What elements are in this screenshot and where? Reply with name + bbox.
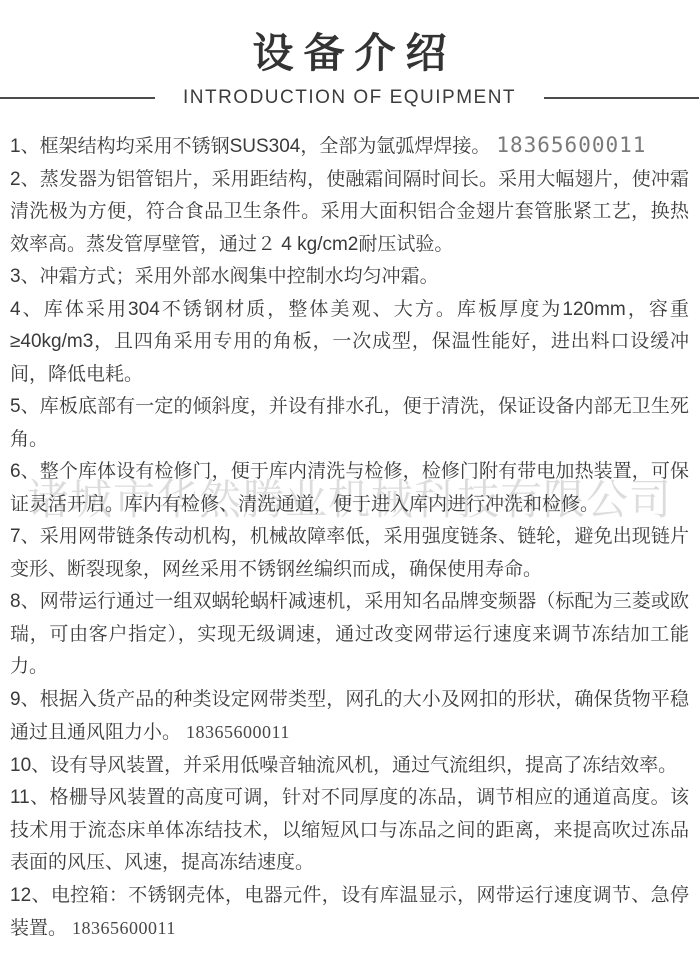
right-rule-line [544,97,699,99]
item-text: 5、库板底部有一定的倾斜度，并设有排水孔，便于清洗，保证设备内部无卫生死角。 [10,396,689,450]
equipment-item-11: 11、格栅导风装置的高度可调，针对不同厚度的冻品，调节相应的通道高度。该技术用于… [10,782,689,880]
phone-number: 18365600011 [72,918,176,938]
item-text: 10、设有导风装置，并采用低噪音轴流风机，通过气流组织，提高了冻结效率。 [10,755,677,776]
equipment-item-3: 3、冲霜方式；采用外部水阀集中控制水均匀冲霜。 [10,261,689,294]
page-title: 设备介绍 [0,26,699,81]
equipment-item-8: 8、网带运行通过一组双蜗轮蜗杆减速机，采用知名品牌变频器（标配为三菱或欧瑞，可由… [10,586,689,684]
page-header: 设备介绍 INTRODUCTION OF EQUIPMENT [0,26,699,109]
item-text: 4、库体采用304不锈钢材质，整体美观、大方。库板厚度为120mm，容重≥40k… [10,299,689,385]
item-text: 1、框架结构均采用不锈钢SUS304，全部为氩弧焊焊接。 [10,136,490,157]
page-subtitle: INTRODUCTION OF EQUIPMENT [155,87,544,109]
equipment-item-10: 10、设有导风装置，并采用低噪音轴流风机，通过气流组织，提高了冻结效率。 [10,750,689,783]
equipment-item-5: 5、库板底部有一定的倾斜度，并设有排水孔，便于清洗，保证设备内部无卫生死角。 [10,391,689,456]
subtitle-row: INTRODUCTION OF EQUIPMENT [0,87,699,109]
equipment-item-6: 6、整个库体设有检修门，便于库内清洗与检修，检修门附有带电加热装置，可保证灵活开… [10,456,689,521]
item-text: 8、网带运行通过一组双蜗轮蜗杆减速机，采用知名品牌变频器（标配为三菱或欧瑞，可由… [10,591,689,677]
equipment-item-4: 4、库体采用304不锈钢材质，整体美观、大方。库板厚度为120mm，容重≥40k… [10,294,689,392]
left-rule-line [0,97,155,99]
equipment-item-7: 7、采用网带链条传动机构，机械故障率低，采用强度链条、链轮，避免出现链片变形、断… [10,521,689,586]
equipment-item-1: 1、框架结构均采用不锈钢SUS304，全部为氩弧焊焊接。18365600011 [10,129,689,164]
item-text: 7、采用网带链条传动机构，机械故障率低，采用强度链条、链轮，避免出现链片变形、断… [10,526,689,580]
item-text: 9、根据入货产品的种类设定网带类型，网孔的大小及网扣的形状，确保货物平稳通过且通… [10,689,689,744]
item-text: 11、格栅导风装置的高度可调，针对不同厚度的冻品，调节相应的通道高度。该技术用于… [10,787,689,873]
equipment-item-2: 2、蒸发器为铝管铝片，采用距结构，使融霜间隔时间长。采用大幅翅片，使冲霜清洗极为… [10,164,689,262]
item-text: 6、整个库体设有检修门，便于库内清洗与检修，检修门附有带电加热装置，可保证灵活开… [10,461,689,515]
item-text: 3、冲霜方式；采用外部水阀集中控制水均匀冲霜。 [10,266,439,287]
equipment-item-12: 12、电控箱：不锈钢壳体，电器元件，设有库温显示，网带运行速度调节、急停装置。1… [10,880,689,946]
phone-number: 18365600011 [186,722,290,742]
equipment-feature-list: 1、框架结构均采用不锈钢SUS304，全部为氩弧焊焊接。18365600011 … [0,109,699,946]
item-text: 2、蒸发器为铝管铝片，采用距结构，使融霜间隔时间长。采用大幅翅片，使冲霜清洗极为… [10,169,689,255]
equipment-introduction-page: 诸城市华然腾业机械科技有限公司 设备介绍 INTRODUCTION OF EQU… [0,0,699,974]
phone-number: 18365600011 [496,133,646,157]
equipment-item-9: 9、根据入货产品的种类设定网带类型，网孔的大小及网扣的形状，确保货物平稳通过且通… [10,684,689,750]
